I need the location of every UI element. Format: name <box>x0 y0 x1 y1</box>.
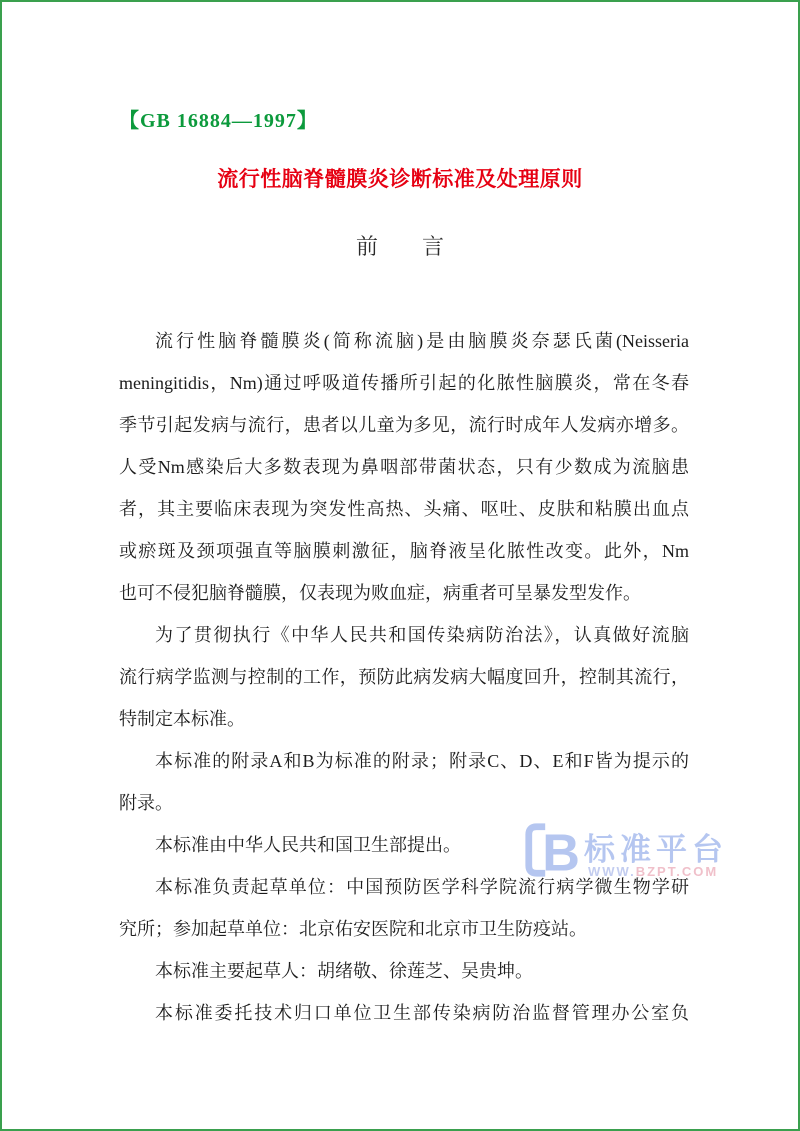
body-line: 季节引起发病与流行，患者以儿童为多见，流行时成年人发病亦增多。 <box>119 404 689 446</box>
foreword-heading: 前言 <box>2 230 798 261</box>
body-line: 附录。 <box>119 782 689 824</box>
body-line: 本标准的附录A和B为标准的附录；附录C、D、E和F皆为提示的 <box>119 740 689 782</box>
body-line: 或瘀斑及颈项强直等脑膜刺激征，脑脊液呈化脓性改变。此外，Nm <box>119 530 689 572</box>
foreword-heading-char-left: 前 <box>356 234 378 259</box>
body-line: meningitidis，Nm)通过呼吸道传播所引起的化脓性脑膜炎，常在冬春 <box>119 362 689 404</box>
body-line: 本标准主要起草人：胡绪敬、徐莲芝、吴贵坤。 <box>119 950 689 992</box>
body-line: 流行性脑脊髓膜炎(简称流脑)是由脑膜炎奈瑟氏菌(Neisseria <box>119 320 689 362</box>
body-line: 特制定本标准。 <box>119 698 689 740</box>
body-line: 人受Nm感染后大多数表现为鼻咽部带菌状态，只有少数成为流脑患 <box>119 446 689 488</box>
body-line: 本标准由中华人民共和国卫生部提出。 <box>119 824 689 866</box>
body-line: 流行病学监测与控制的工作，预防此病发病大幅度回升，控制其流行， <box>119 656 689 698</box>
body-line: 本标准负责起草单位：中国预防医学科学院流行病学微生物学研 <box>119 866 689 908</box>
body-line: 为了贯彻执行《中华人民共和国传染病防治法》，认真做好流脑 <box>119 614 689 656</box>
body-line: 也可不侵犯脑脊髓膜，仅表现为败血症，病重者可呈暴发型发作。 <box>119 572 689 614</box>
body-line: 者，其主要临床表现为突发性高热、头痛、呕吐、皮肤和粘膜出血点 <box>119 488 689 530</box>
standard-code: 【GB 16884—1997】 <box>119 104 318 133</box>
document-page: 【GB 16884—1997】 流行性脑脊髓膜炎诊断标准及处理原则 前言 B 标… <box>0 0 800 1131</box>
body-line: 究所；参加起草单位：北京佑安医院和北京市卫生防疫站。 <box>119 908 689 950</box>
body-line: 本标准委托技术归口单位卫生部传染病防治监督管理办公室负 <box>119 992 689 1034</box>
foreword-heading-char-right: 言 <box>422 234 444 259</box>
document-title: 流行性脑脊髓膜炎诊断标准及处理原则 <box>2 163 798 193</box>
body-text: 流行性脑脊髓膜炎(简称流脑)是由脑膜炎奈瑟氏菌(Neisseriameningi… <box>119 320 689 1034</box>
